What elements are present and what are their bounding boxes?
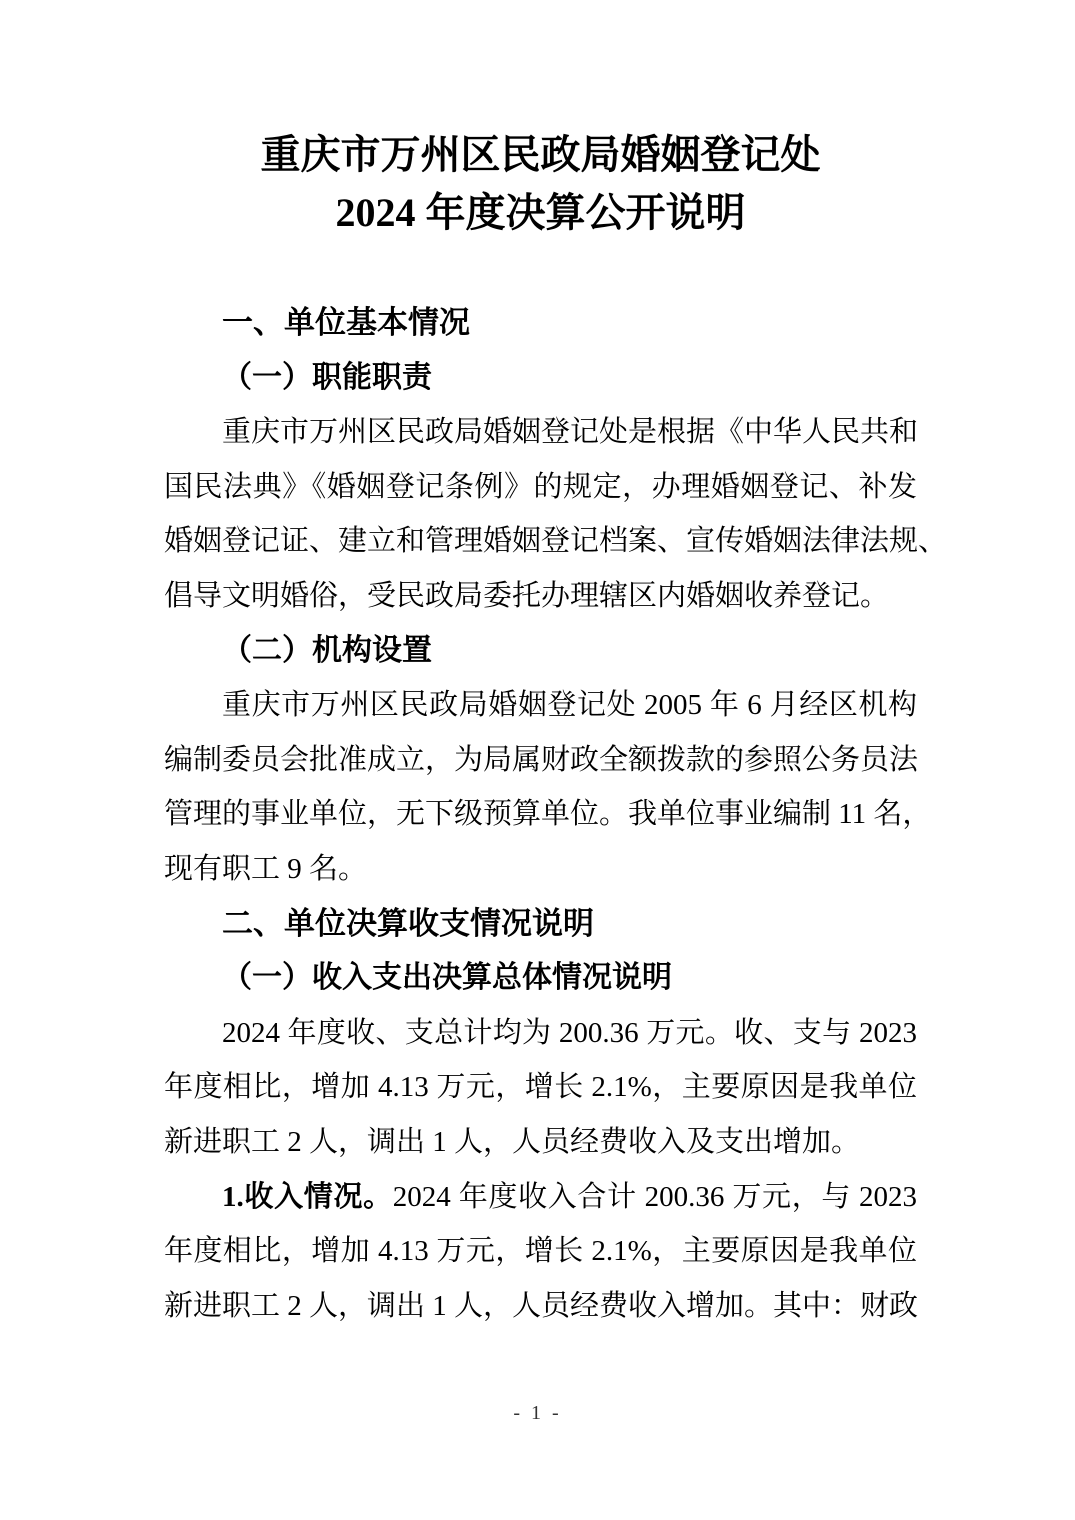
- body-text-line: 年度相比，增加 4.13 万元，增长 2.1%，主要原因是我单位: [164, 1224, 917, 1279]
- document-page: 重庆市万州区民政局婚姻登记处 2024 年度决算公开说明 一、单位基本情况（一）…: [0, 0, 1075, 1520]
- body-text-line: 1.收入情况。2024 年度收入合计 200.36 万元，与 2023: [164, 1170, 917, 1225]
- body-text-line: 重庆市万州区民政局婚姻登记处 2005 年 6 月经区机构: [164, 678, 917, 733]
- subsection-heading: （二）机构设置: [164, 624, 917, 679]
- body-text-line: 婚姻登记证、建立和管理婚姻登记档案、宣传婚姻法律法规、: [164, 514, 917, 569]
- document-title: 重庆市万州区民政局婚姻登记处 2024 年度决算公开说明: [164, 126, 917, 242]
- body-text-line: 新进职工 2 人，调出 1 人，人员经费收入增加。其中：财政: [164, 1279, 917, 1334]
- document-title-line2: 2024 年度决算公开说明: [164, 184, 917, 242]
- body-text-line: 倡导文明婚俗，受民政局委托办理辖区内婚姻收养登记。: [164, 569, 917, 624]
- page-number: - 1 -: [0, 1400, 1075, 1426]
- body-text-line: 国民法典》《婚姻登记条例》的规定，办理婚姻登记、补发: [164, 460, 917, 515]
- body-text-line: 现有职工 9 名。: [164, 842, 917, 897]
- body-text-line: 新进职工 2 人，调出 1 人，人员经费收入及支出增加。: [164, 1115, 917, 1170]
- document-title-line1: 重庆市万州区民政局婚姻登记处: [164, 126, 917, 184]
- bold-lead-text: 1.收入情况。: [222, 1181, 393, 1213]
- body-text-line: 重庆市万州区民政局婚姻登记处是根据《中华人民共和: [164, 405, 917, 460]
- subsection-heading: （一）职能职责: [164, 351, 917, 406]
- section-heading: 二、单位决算收支情况说明: [164, 897, 917, 952]
- body-text-line: 编制委员会批准成立，为局属财政全额拨款的参照公务员法: [164, 733, 917, 788]
- body-text-line: 年度相比，增加 4.13 万元，增长 2.1%，主要原因是我单位: [164, 1060, 917, 1115]
- section-heading: 一、单位基本情况: [164, 296, 917, 351]
- document-body: 一、单位基本情况（一）职能职责重庆市万州区民政局婚姻登记处是根据《中华人民共和国…: [164, 296, 917, 1333]
- subsection-heading: （一）收入支出决算总体情况说明: [164, 951, 917, 1006]
- body-text-line: 2024 年度收、支总计均为 200.36 万元。收、支与 2023: [164, 1006, 917, 1061]
- body-text-line: 管理的事业单位，无下级预算单位。我单位事业编制 11 名，: [164, 787, 917, 842]
